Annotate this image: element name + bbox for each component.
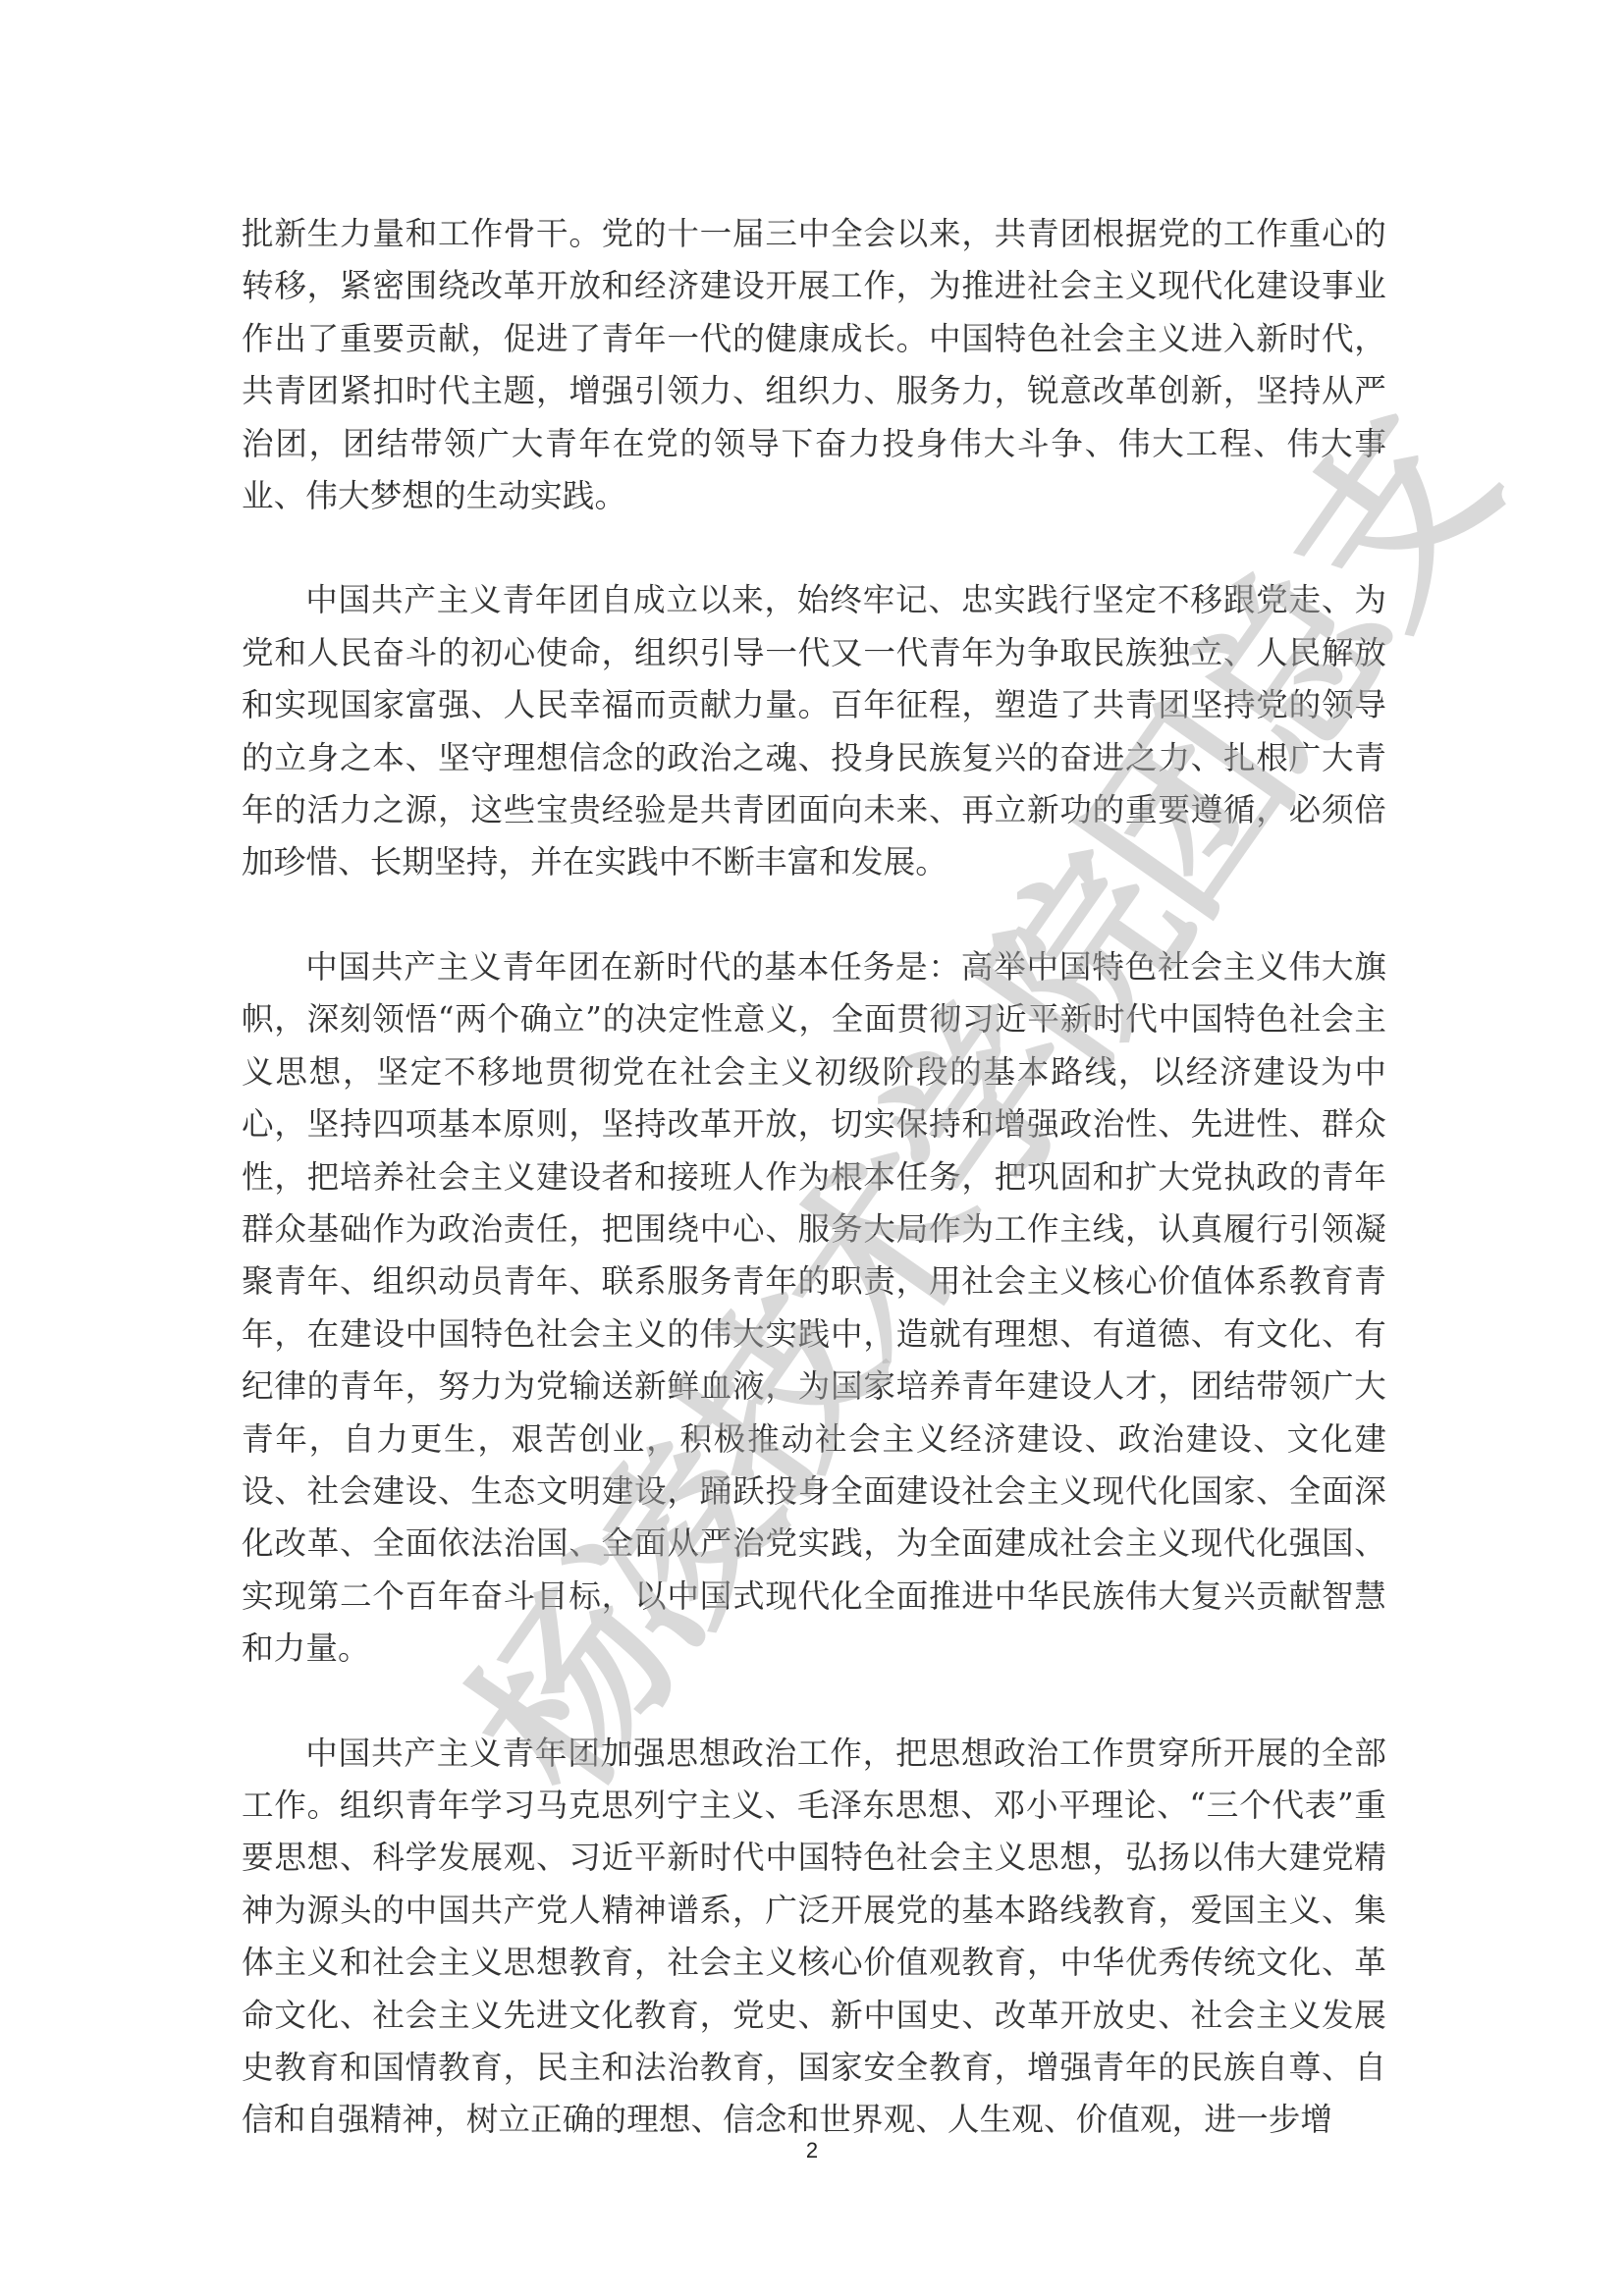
- paragraph-4: 中国共产主义青年团加强思想政治工作，把思想政治工作贯穿所开展的全部工作。组织青年…: [242, 1728, 1386, 2147]
- paragraph-2: 中国共产主义青年团自成立以来，始终牢记、忠实践行坚定不移跟党走、为党和人民奋斗的…: [242, 574, 1386, 888]
- document-page: 批新生力量和工作骨干。党的十一届三中全会以来，共青团根据党的工作重心的转移，紧密…: [0, 0, 1624, 2296]
- document-body: 批新生力量和工作骨干。党的十一届三中全会以来，共青团根据党的工作重心的转移，紧密…: [242, 208, 1386, 2199]
- paragraph-3: 中国共产主义青年团在新时代的基本任务是：高举中国特色社会主义伟大旗帜，深刻领悟“…: [242, 941, 1386, 1676]
- page-number: 2: [0, 2138, 1624, 2163]
- paragraph-1: 批新生力量和工作骨干。党的十一届三中全会以来，共青团根据党的工作重心的转移，紧密…: [242, 208, 1386, 522]
